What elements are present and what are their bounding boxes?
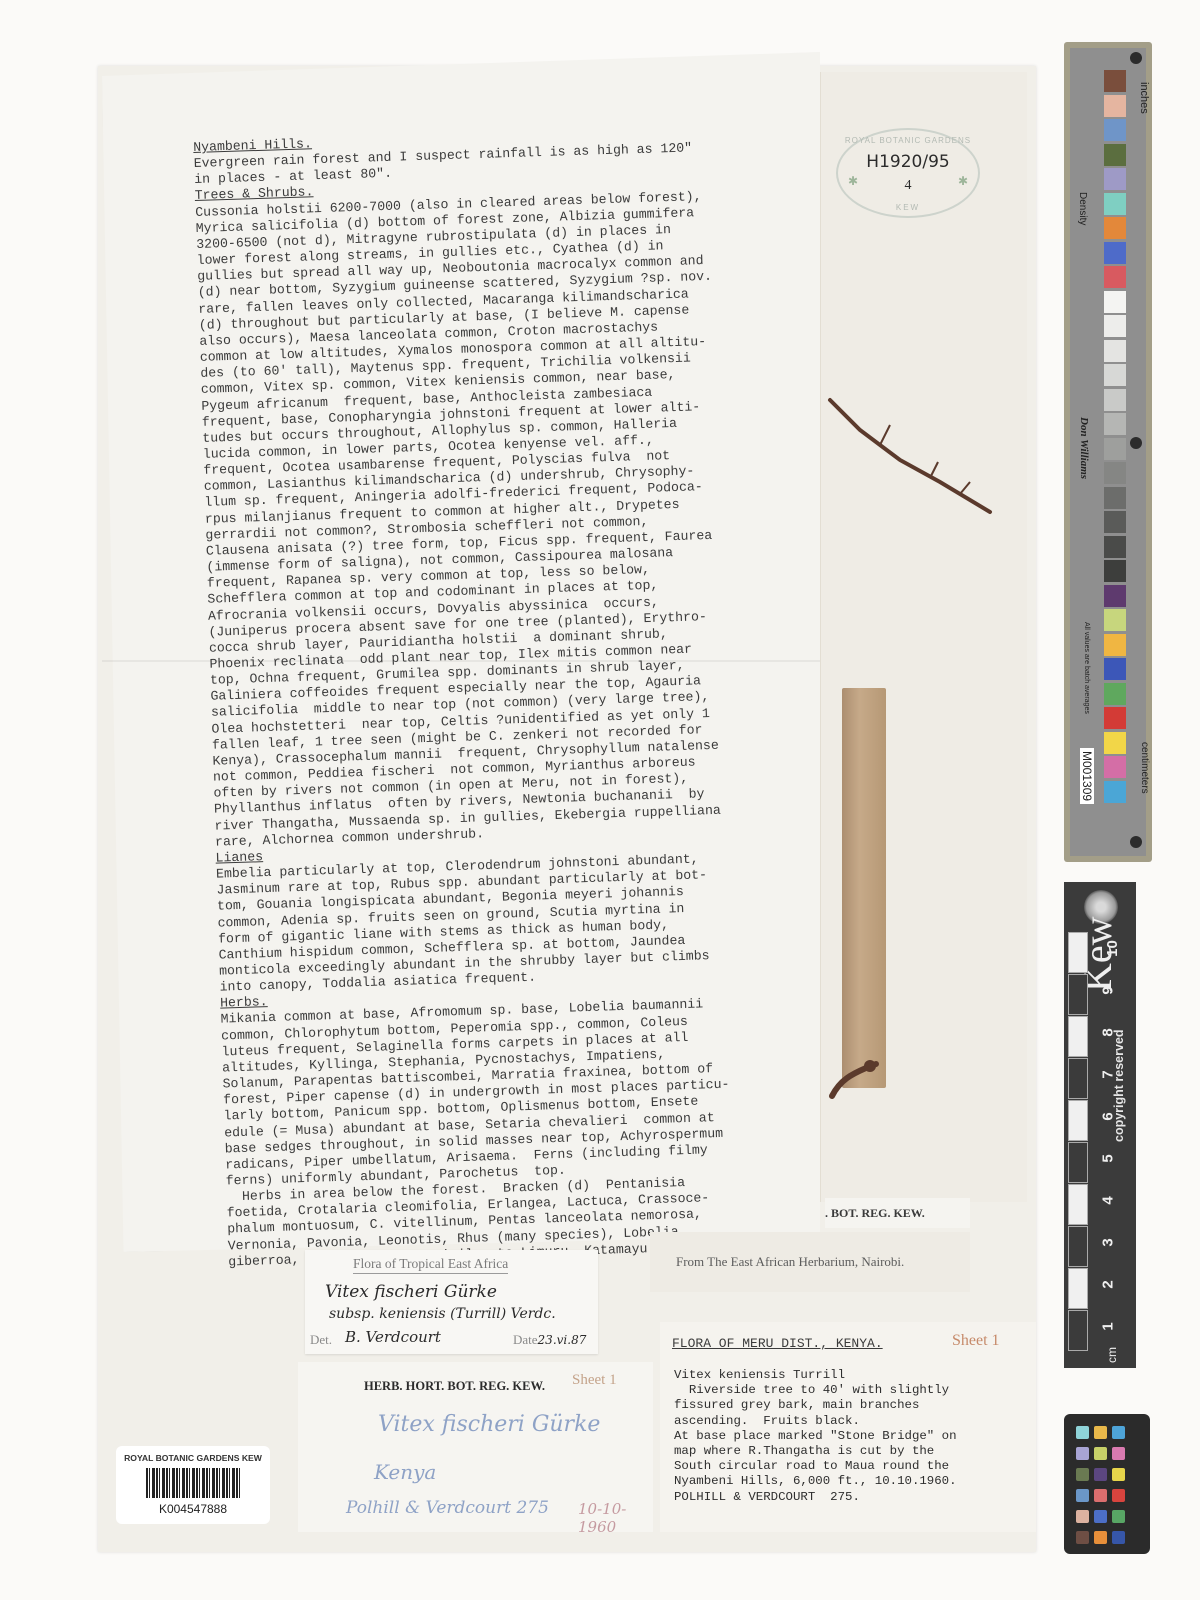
accession-number: H1920/95 <box>838 152 978 172</box>
stamp-arc-text: ROYAL BOTANIC GARDENS <box>838 136 978 145</box>
color-chip <box>1094 1531 1107 1544</box>
color-patch <box>1104 585 1126 607</box>
color-patch <box>1104 340 1126 362</box>
ruler-id: M001309 <box>1080 748 1094 804</box>
color-patch <box>1104 781 1126 803</box>
color-patch <box>1104 95 1126 117</box>
det-date-label: Date <box>513 1332 538 1347</box>
color-patch <box>1104 634 1126 656</box>
scale-segment <box>1068 974 1088 1015</box>
color-patch <box>1104 144 1126 166</box>
color-patch <box>1104 413 1126 435</box>
nairobi-provenance-label: From The East African Herbarium, Nairobi… <box>650 1232 970 1292</box>
scale-segment <box>1068 1058 1088 1099</box>
cm-unit: cm <box>1105 1347 1119 1363</box>
color-patch <box>1104 511 1126 533</box>
cm-label: centimeters <box>1139 742 1150 794</box>
scale-segment <box>1068 1310 1088 1351</box>
accession-sub-number: 4 <box>838 178 978 194</box>
field-notes-text: Nyambeni Hills.Evergreen rain forest and… <box>193 122 788 1270</box>
herb-label-header: HERB. HORT. BOT. REG. KEW. <box>364 1379 545 1394</box>
color-chip <box>1094 1510 1107 1523</box>
herb-label-date: 10-10-1960 <box>578 1500 653 1536</box>
color-patch <box>1104 70 1126 92</box>
color-patch <box>1104 168 1126 190</box>
scale-number: 9 <box>1100 986 1117 994</box>
specimen-twig-upper <box>820 390 1010 530</box>
color-patch <box>1104 756 1126 778</box>
ruler-footnote: All values are batch averages <box>1083 622 1090 714</box>
barcode-institution: ROYAL BOTANIC GARDENS KEW <box>116 1453 270 1463</box>
field-label-sheet-number: Sheet 1 <box>952 1332 1000 1350</box>
color-calibration-ruler: inches centimeters Density Don Williams … <box>1064 42 1152 862</box>
color-patch <box>1104 658 1126 680</box>
herb-label-sheet-number: Sheet 1 <box>572 1372 617 1389</box>
scale-number: 6 <box>1100 1112 1117 1120</box>
det-date-value: 23.vi.87 <box>538 1333 587 1347</box>
herb-label-country: Kenya <box>374 1460 436 1484</box>
color-chip <box>1076 1531 1089 1544</box>
stamp-bottom-text: KEW <box>838 203 978 212</box>
field-label-header: FLORA OF MERU DIST., KENYA. <box>672 1336 883 1351</box>
color-patch <box>1104 315 1126 337</box>
field-collection-label: FLORA OF MERU DIST., KENYA. Sheet 1 Vite… <box>660 1322 1036 1532</box>
specimen-twig-lower <box>826 1056 886 1102</box>
color-chip <box>1094 1489 1107 1502</box>
color-chip <box>1112 1468 1125 1481</box>
color-patch <box>1104 560 1126 582</box>
bot-reg-label: . BOT. REG. KEW. <box>825 1198 970 1228</box>
color-chip <box>1112 1426 1125 1439</box>
scale-number: 5 <box>1100 1154 1117 1162</box>
color-patch <box>1104 707 1126 729</box>
color-patch <box>1104 119 1126 141</box>
herb-label-species: Vitex fischeri Gürke <box>378 1412 600 1437</box>
color-patch <box>1104 487 1126 509</box>
det-slip-header: Flora of Tropical East Africa <box>353 1256 508 1274</box>
scale-segment <box>1068 1100 1088 1141</box>
herb-label-collectors: Polhill & Verdcourt 275 <box>346 1498 549 1518</box>
det-name-line1: Vitex fischeri Gürke <box>325 1282 497 1302</box>
color-chip <box>1112 1531 1125 1544</box>
det-name-line2: subsp. keniensis (Turrill) Verdc. <box>329 1306 556 1322</box>
barcode-number: K004547888 <box>116 1502 270 1516</box>
scale-segment <box>1068 1184 1088 1225</box>
field-label-body: Vitex keniensis Turrill Riverside tree t… <box>674 1368 957 1505</box>
color-chip <box>1112 1447 1125 1460</box>
color-patch <box>1104 536 1126 558</box>
scale-number: 10 <box>1104 940 1121 957</box>
color-patch <box>1104 462 1126 484</box>
barcode-icon <box>146 1468 242 1498</box>
specimen-packet-strip <box>842 688 886 1088</box>
det-label: Det. <box>310 1332 332 1348</box>
scale-number: 4 <box>1100 1196 1117 1204</box>
color-chip <box>1076 1447 1089 1460</box>
color-patch <box>1104 683 1126 705</box>
scale-number: 1 <box>1100 1322 1117 1330</box>
color-patch <box>1104 438 1126 460</box>
ruler-brand: Don Williams <box>1078 417 1090 479</box>
determination-slip: Flora of Tropical East Africa Vitex fisc… <box>305 1250 598 1354</box>
barcode-label: ROYAL BOTANIC GARDENS KEW K004547888 <box>116 1446 270 1524</box>
color-chip <box>1112 1510 1125 1523</box>
color-patch <box>1104 193 1126 215</box>
color-chip <box>1076 1426 1089 1439</box>
color-chip <box>1094 1468 1107 1481</box>
color-chip <box>1076 1468 1089 1481</box>
scale-number: 8 <box>1100 1028 1117 1036</box>
det-date: Date23.vi.87 <box>513 1332 586 1348</box>
determiner-signature: B. Verdcourt <box>345 1328 441 1346</box>
scale-segment <box>1068 932 1088 973</box>
color-chip <box>1112 1489 1125 1502</box>
color-patch <box>1104 732 1126 754</box>
scale-segment <box>1068 1268 1088 1309</box>
color-chip <box>1094 1447 1107 1460</box>
scale-segment <box>1068 1016 1088 1057</box>
scale-number: 3 <box>1100 1238 1117 1246</box>
accession-stamp: ROYAL BOTANIC GARDENS H1920/95 ✱ ✱ 4 KEW <box>836 128 980 218</box>
color-patch <box>1104 291 1126 313</box>
herbarium-label: HERB. HORT. BOT. REG. KEW. Sheet 1 Vitex… <box>298 1362 653 1532</box>
density-label: Density <box>1077 192 1088 225</box>
color-patch <box>1104 609 1126 631</box>
color-patch <box>1104 389 1126 411</box>
scale-number: 2 <box>1100 1280 1117 1288</box>
color-patch <box>1104 364 1126 386</box>
inches-label: inches <box>1138 82 1150 114</box>
color-patch <box>1104 242 1126 264</box>
color-patch <box>1104 266 1126 288</box>
kew-cm-scale: Kew copyright reserved 12345678910 cm <box>1064 882 1136 1368</box>
color-chip <box>1094 1426 1107 1439</box>
color-chip <box>1076 1489 1089 1502</box>
ruler-hole <box>1130 52 1142 64</box>
scale-segment <box>1068 1226 1088 1267</box>
scale-number: 7 <box>1100 1070 1117 1078</box>
ruler-hole <box>1130 437 1142 449</box>
color-checker-card <box>1064 1414 1150 1554</box>
copyright-text: copyright reserved <box>1112 1029 1126 1142</box>
ruler-hole <box>1130 836 1142 848</box>
color-chip <box>1076 1510 1089 1523</box>
color-patch <box>1104 217 1126 239</box>
scale-segment <box>1068 1142 1088 1183</box>
